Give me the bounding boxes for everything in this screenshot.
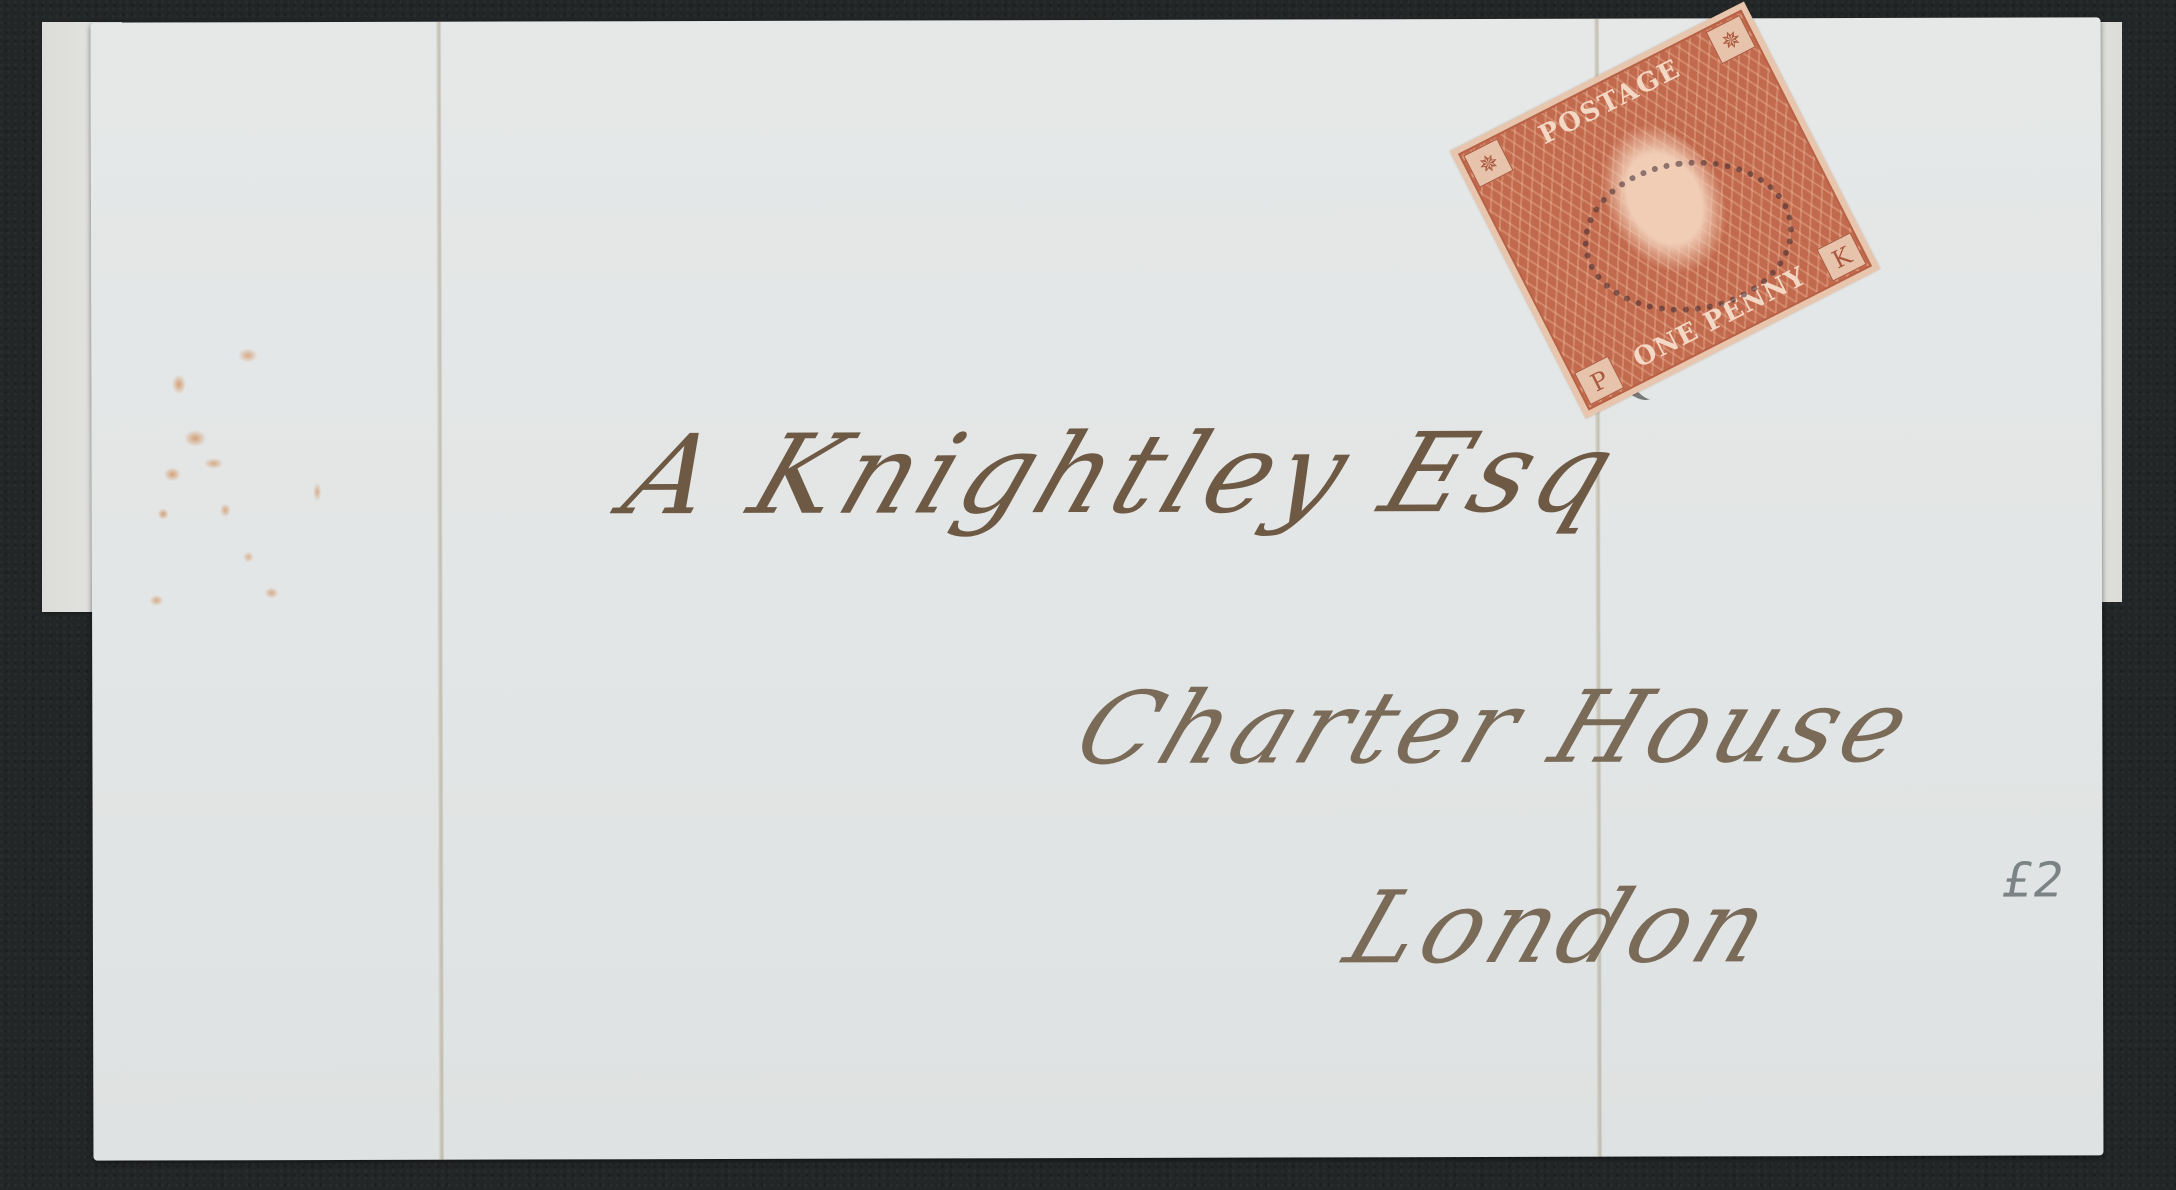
address-line-name: A Knightley Esq (609, 409, 1638, 540)
orange-postmark (121, 312, 352, 673)
address-line-building: Charter House (1061, 668, 1931, 787)
pencil-price-note: £2 (1998, 852, 2069, 908)
fold-line-left (436, 22, 445, 1160)
address-line-city: London (1332, 868, 1790, 986)
